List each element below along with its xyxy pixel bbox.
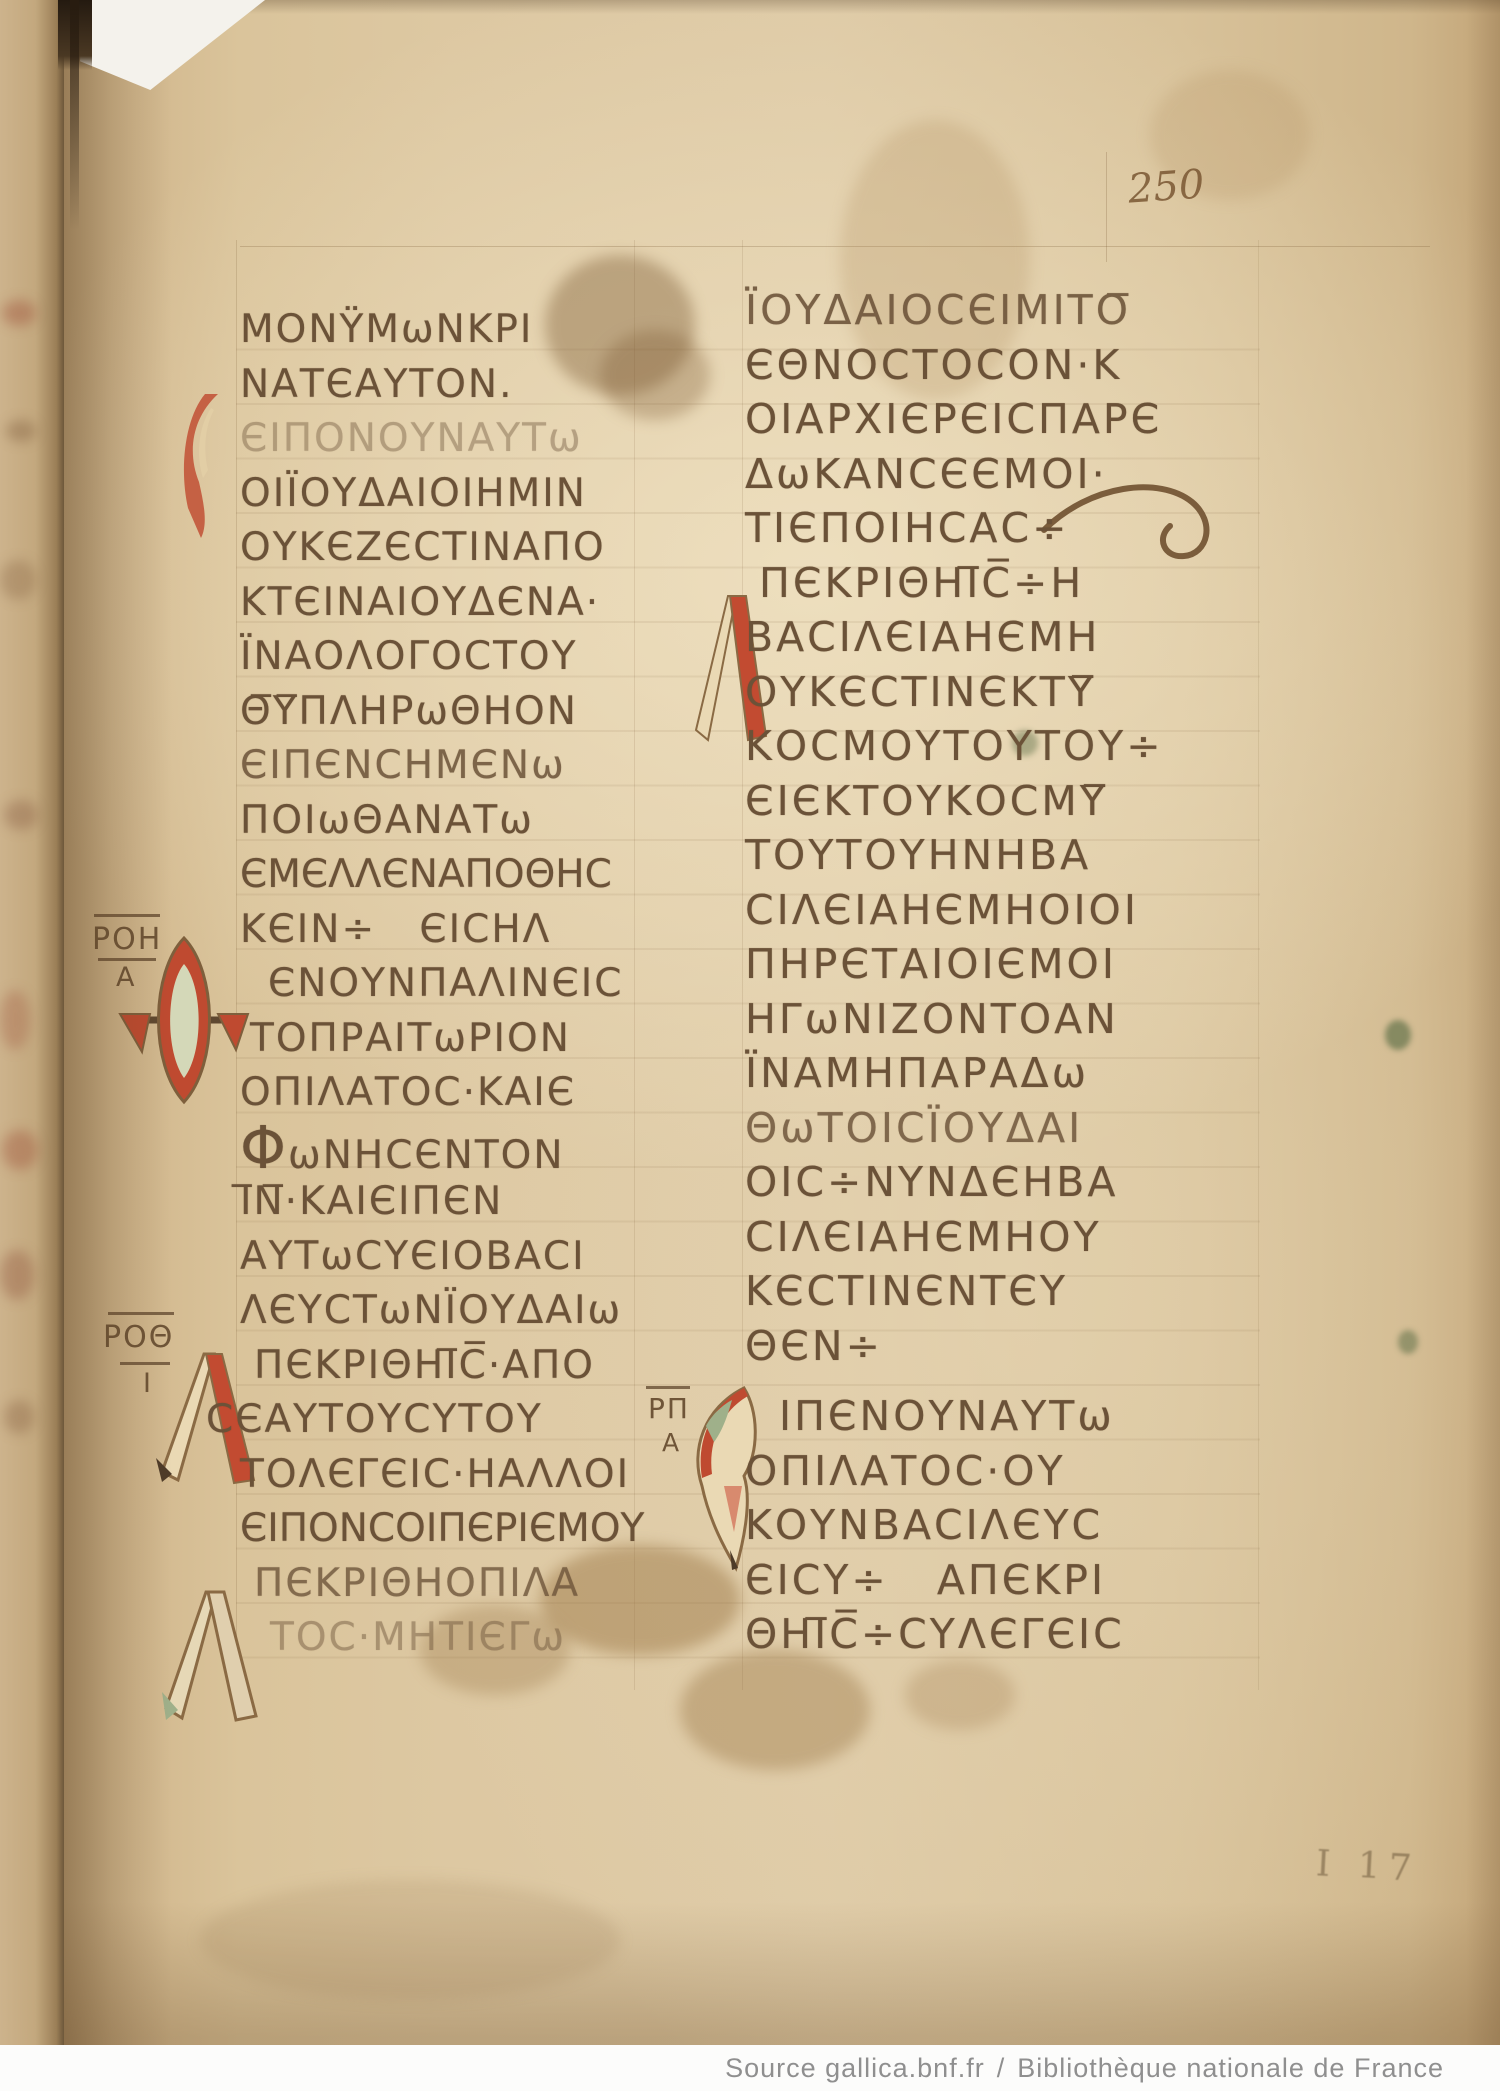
text-line: ЄΘΝΟCΤΟCΟΝ·Κ xyxy=(745,338,1265,393)
text-line: ΚЄCΤΙΝЄΝΤЄΥ xyxy=(745,1264,1265,1319)
separator: / xyxy=(997,2053,1006,2084)
bleed-through-text xyxy=(0,560,36,600)
text-line: CЄΑΥΤΟΥCΥΤΟΥ xyxy=(206,1393,660,1448)
text-line: ΤΟΠΡΑΙΤωΡΙΟΝ xyxy=(240,1012,660,1067)
text-line: CΙΛЄΙΑΗЄΜΗΟΙΟΙ xyxy=(745,883,1265,938)
ruling-line xyxy=(1106,152,1107,262)
text-column-right: ΪΟΥΔΑΙΟCЄΙΜΙΤΟ̅ ЄΘΝΟCΤΟCΟΝ·Κ ΟΙΑΡΧΙЄΡЄΙC… xyxy=(745,283,1265,1662)
text-line: ΝΑΤЄΑΥΤΟΝ. xyxy=(240,358,660,413)
text-line: ΟΥΚЄCΤΙΝЄΚΤΥ̅ xyxy=(745,665,1265,720)
text-line: ΚΟΥΝΒΑCΙΛЄΥC xyxy=(745,1498,1265,1553)
attribution-footer: Source gallica.bnf.fr / Bibliothèque nat… xyxy=(0,2045,1500,2091)
bleed-through-text xyxy=(0,1250,34,1300)
text-line: ΤΟΛЄΓЄΙC·ΗΑΛΛΟΙ xyxy=(240,1448,660,1503)
text-line: ΪΝΑΟΛΟΓΟCΤΟΥ xyxy=(240,630,660,685)
text-line: ΪΟΥΔΑΙΟCЄΙΜΙΤΟ̅ xyxy=(745,283,1265,338)
text-line: ЄΙΠΟΝCΟΙΠЄΡΙЄΜΟΥ xyxy=(240,1502,660,1557)
spine-edge xyxy=(70,0,79,230)
text-line: ΘωΤΟΙCΪΟΥΔΑΙ xyxy=(745,1101,1265,1156)
text-line: ΠЄΚΡΙΘΗΟΠΙΛΑ xyxy=(240,1557,660,1612)
text-line: ΟΠΙΛΑΤΟC·ΚΑΙЄ xyxy=(240,1066,660,1121)
text-line: ΚΟCΜΟΥΤΟΥΤΟΥ÷ xyxy=(745,719,1265,774)
stain xyxy=(905,1660,1015,1730)
text-line: ΚΤЄΙΝΑΙΟΥΔЄΝΑ· xyxy=(240,576,660,631)
stain xyxy=(680,1650,870,1770)
text-line: ΠΗΡЄΤΑΙΟΙЄΜΟΙ xyxy=(745,937,1265,992)
text-line: ЄΙЄΚΤΟΥΚΟCΜΥ̅ xyxy=(745,774,1265,829)
text-line: ΑΥΤωCΥЄΙΟΒΑCΙ xyxy=(240,1230,660,1285)
text-line: ΟΠΙΛΑΤΟC·ΟΥ xyxy=(745,1444,1265,1499)
text-line: ΠЄΚΡΙΘΗΙ̅C̅·ΑΠΟ xyxy=(240,1339,660,1394)
source-label: Source gallica.bnf.fr xyxy=(725,2053,985,2084)
text-column-left: ΜΟΝΫΜωΝΚΡΙ ΝΑΤЄΑΥΤΟΝ. ЄΙΠΟΝΟΥΝΑΥΤω ΟΙΪΟΥ… xyxy=(240,303,660,1666)
drop-cap-epsilon-small-icon xyxy=(178,390,228,542)
text-line: ΤΟΥΤΟΥΗΝΗΒΑ xyxy=(745,828,1265,883)
text-line: ΗΓωΝΙΖΟΝΤΟΑΝ xyxy=(745,992,1265,1047)
text-line: ЄΙΠΟΝΟΥΝΑΥΤω xyxy=(240,412,660,467)
text-line: ΘЄΝ÷ xyxy=(745,1319,1265,1374)
stain xyxy=(200,1880,620,2000)
bleed-through-text xyxy=(2,1130,38,1170)
text-line: ΠΟΙωΘΑΝΑΤω xyxy=(240,794,660,849)
text-line: ΒΑCΙΛЄΙΑΗЄΜΗ xyxy=(745,610,1265,665)
shelfmark: I 17 xyxy=(1315,1843,1420,1889)
bleed-through-text xyxy=(2,300,36,326)
text-line: Ι̅Ν̅·ΚΑΙЄΙΠЄΝ xyxy=(240,1175,660,1230)
folio-number: 250 xyxy=(1126,161,1205,212)
text-line: ΤΟC·ΜΗΤΙЄΓω xyxy=(240,1611,660,1666)
bleed-through-text xyxy=(4,800,38,830)
text-line: ΤΙЄΠΟΙΗCΑC÷ xyxy=(745,501,1265,556)
parchment-page: 250 ΡΟΗ Α ΡΟΘ Ι ΡΠ Α xyxy=(0,0,1500,2045)
text-line: ΚЄΙΝ÷ ЄΙCΗΛ xyxy=(240,903,660,958)
page-edge-shade xyxy=(1466,0,1500,2045)
text-line: ЄΙCΥ÷ ΑΠЄΚΡΙ xyxy=(745,1553,1265,1608)
ruling-line xyxy=(240,246,1430,247)
text-line: ЄΝΟΥΝΠΑΛΙΝЄΙC xyxy=(240,957,660,1012)
text-line: ΪΝΑΜΗΠΑΡΑΔω xyxy=(745,1046,1265,1101)
text-line: ЄΜЄΛΛЄΝΑΠΟΘΗC xyxy=(240,848,660,903)
text-line: ΟΥΚЄΖЄCΤΙΝΑΠΟ xyxy=(240,521,660,576)
facing-page-edge xyxy=(0,0,64,2045)
bleed-through-text xyxy=(0,990,30,1050)
text-line: ΠЄΚΡΙΘΗΙ̅C̅÷Η xyxy=(745,556,1265,611)
stain xyxy=(1398,1330,1418,1354)
text-line: ΦωΝΗCЄΝΤΟΝ xyxy=(240,1121,660,1176)
text-line: ЄΙΠЄΝCΗΜЄΝω xyxy=(240,739,660,794)
stain xyxy=(1385,1020,1411,1050)
text-line: ΙΠЄΝΟΥΝΑΥΤω xyxy=(745,1389,1265,1444)
text-line: ΟΙΑΡΧΙЄΡЄΙCΠΑΡЄ xyxy=(745,392,1265,447)
text-line: CΙΛЄΙΑΗЄΜΗΟΥ xyxy=(745,1210,1265,1265)
text-line: ΜΟΝΫΜωΝΚΡΙ xyxy=(240,303,660,358)
institution-label: Bibliothèque nationale de France xyxy=(1017,2053,1444,2084)
text-line: ΟΙΪΟΥΔΑΙΟΙΗΜΙΝ xyxy=(240,467,660,522)
bleed-through-text xyxy=(4,1400,34,1434)
text-line: ΔωΚΑΝCЄЄΜΟΙ· xyxy=(745,447,1265,502)
text-line: Θ̅Υ̅ΠΛΗΡωΘΗΟΝ xyxy=(240,685,660,740)
text-line: ΛЄΥCΤωΝΪΟΥΔΑΙω xyxy=(240,1284,660,1339)
gutter-shadow xyxy=(62,0,172,2045)
manuscript-photo: 250 ΡΟΗ Α ΡΟΘ Ι ΡΠ Α xyxy=(0,0,1500,2091)
bleed-through-text xyxy=(6,420,36,442)
text-line: ΟΙC÷ΝΥΝΔЄΗΒΑ xyxy=(745,1155,1265,1210)
text-line: ΘΗΙ̅C̅÷CΥΛЄΓЄΙC xyxy=(745,1607,1265,1662)
